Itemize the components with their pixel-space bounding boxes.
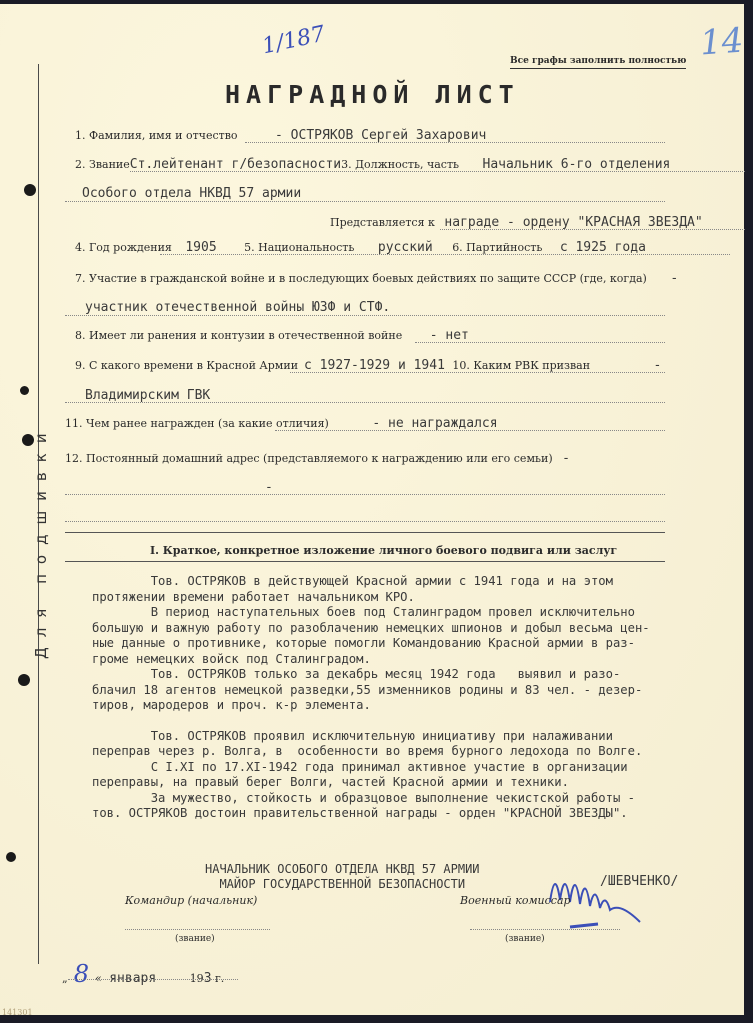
- field-label: 3. Должность, часть: [341, 158, 459, 171]
- section-divider: [65, 561, 665, 562]
- field-value: - ОСТРЯКОВ Сергей Захарович: [275, 128, 486, 143]
- field-label: 1. Фамилия, имя и отчество: [75, 129, 238, 142]
- narrative-line: За мужество, стойкость и образцовое выпо…: [92, 791, 752, 807]
- field-value: -: [654, 358, 662, 373]
- field-label: 6. Партийность: [452, 241, 542, 254]
- fill-line: [245, 142, 665, 143]
- field-label: 12. Постоянный домашний адрес (представл…: [65, 452, 553, 465]
- field-value: -: [670, 271, 678, 286]
- field-presented-for: Представляется к награде - ордену "КРАСН…: [330, 215, 703, 230]
- archive-number: 141301: [2, 1008, 33, 1017]
- field-label: Представляется к: [330, 216, 435, 229]
- field-draft-office: Владимирским ГВК: [85, 388, 210, 403]
- narrative-line: В период наступательных боев под Сталинг…: [92, 605, 752, 621]
- section-heading: I. Краткое, конкретное изложение личного…: [150, 544, 617, 557]
- page-title: НАГРАДНОЙ ЛИСТ: [225, 80, 520, 109]
- punch-hole-icon: [6, 852, 16, 862]
- field-value: русский: [378, 240, 433, 255]
- narrative-line: [92, 714, 752, 729]
- rank-caption: (звание): [505, 934, 545, 944]
- fill-line: [65, 201, 665, 202]
- narrative-line: громе немецких войск под Сталинградом.: [92, 652, 752, 668]
- punch-hole-icon: [24, 184, 36, 196]
- field-value: - не награждался: [372, 416, 497, 431]
- field-value: Владимирским ГВК: [85, 388, 210, 403]
- signer-rank: МАЙОР ГОСУДАРСТВЕННОЙ БЕЗОПАСНОСТИ: [219, 877, 465, 891]
- field-value: -: [562, 451, 570, 466]
- narrative-line: Тов. ОСТРЯКОВ проявил исключительную ини…: [92, 729, 752, 745]
- rank-line: [125, 929, 270, 930]
- fill-line: [440, 229, 745, 230]
- narrative-line: блачил 18 агентов немецкой разведки,55 и…: [92, 683, 752, 699]
- fill-line: [65, 494, 665, 495]
- narrative-line: большую и важную работу по разоблачению …: [92, 621, 752, 637]
- field-label: 7. Участие в гражданской войне и в после…: [75, 272, 647, 285]
- field-value: Особого отдела НКВД 57 армии: [82, 186, 301, 201]
- narrative-line: С I.XI по 17.XI-1942 года принимал актив…: [92, 760, 752, 776]
- section-divider: [65, 532, 665, 533]
- field-value: -: [265, 480, 273, 495]
- field-label: 2. Звание: [75, 158, 130, 171]
- fill-line: [275, 430, 665, 431]
- punch-hole-icon: [22, 434, 34, 446]
- signer-block: НАЧАЛЬНИК ОСОБОГО ОТДЕЛА НКВД 57 АРМИИ М…: [205, 862, 480, 892]
- field-civil-war: 7. Участие в гражданской войне и в после…: [75, 271, 678, 286]
- instruction-note: Все графы заполнить полностью: [510, 56, 686, 69]
- fill-line: [290, 372, 665, 373]
- rank-line: [470, 929, 620, 930]
- field-previous-awards: 11. Чем ранее награжден (за какие отличи…: [65, 416, 498, 431]
- field-civil-war-value: участник отечественной войны ЮЗФ и СТФ.: [85, 300, 390, 315]
- date-line: „8« января 193 г.: [62, 960, 224, 988]
- field-label: 5. Национальность: [244, 241, 354, 254]
- fill-line: [65, 521, 665, 522]
- narrative-line: ные данные о противнике, которые помогли…: [92, 636, 752, 652]
- corner-sheet-number: 14: [699, 21, 745, 64]
- merit-description: Тов. ОСТРЯКОВ в действующей Красной арми…: [92, 574, 752, 822]
- field-label: 9. С какого времени в Красной Армии: [75, 359, 298, 372]
- fill-line: [65, 315, 665, 316]
- field-label: 8. Имеет ли ранения и контузии в отечест…: [75, 329, 402, 342]
- field-value: награде - ордену "КРАСНАЯ ЗВЕЗДА": [444, 215, 702, 230]
- award-sheet: Для подшивки 1/187 14 Все графы заполнит…: [0, 4, 744, 1015]
- field-full-name: 1. Фамилия, имя и отчество - ОСТРЯКОВ Се…: [75, 128, 486, 143]
- field-value: 1905: [185, 240, 216, 255]
- field-service-since: 9. С какого времени в Красной Армиис 192…: [75, 358, 661, 373]
- field-rank-position: 2. ЗваниеСт.лейтенант г/безопасности3. Д…: [75, 157, 670, 172]
- narrative-line: протяжении времени работает начальником …: [92, 590, 752, 606]
- handwritten-reference: 1/187: [260, 22, 327, 60]
- field-value: Начальник 6-го отделения: [483, 157, 671, 172]
- commander-label: Командир (начальник): [125, 894, 257, 907]
- narrative-line: переправ через р. Волга, в особенности в…: [92, 744, 752, 760]
- fill-line: [160, 254, 730, 255]
- field-label: 4. Год рождения: [75, 241, 172, 254]
- punch-hole-icon: [20, 386, 29, 395]
- rank-caption: (звание): [175, 934, 215, 944]
- fill-line: [130, 171, 745, 172]
- narrative-line: переправы, на правый берег Волги, частей…: [92, 775, 752, 791]
- punch-hole-icon: [18, 674, 30, 686]
- fill-line: [65, 402, 665, 403]
- date-day: 8: [74, 960, 89, 988]
- commissar-label: Военный комиссар: [460, 894, 571, 907]
- narrative-line: Тов. ОСТРЯКОВ только за декабрь месяц 19…: [92, 667, 752, 683]
- field-position-continued: Особого отдела НКВД 57 армии: [82, 186, 301, 201]
- narrative-line: тиров, мародеров и проч. к-р элемента.: [92, 698, 752, 714]
- field-home-address: 12. Постоянный домашний адрес (представл…: [65, 451, 570, 466]
- field-value: участник отечественной войны ЮЗФ и СТФ.: [85, 300, 390, 315]
- field-value: с 1925 года: [560, 240, 646, 255]
- field-value: с 1927-1929 и 1941: [304, 358, 445, 373]
- field-label: 10. Каким РВК призван: [452, 359, 590, 372]
- fill-line: [415, 342, 665, 343]
- field-value: Ст.лейтенант г/безопасности: [130, 157, 341, 172]
- field-wounds: 8. Имеет ли ранения и контузии в отечест…: [75, 328, 469, 343]
- date-line-underline: [68, 979, 238, 980]
- narrative-line: Тов. ОСТРЯКОВ в действующей Красной арми…: [92, 574, 752, 590]
- field-home-address-value: -: [265, 480, 273, 495]
- field-birth-nationality-party: 4. Год рождения 1905 5. Национальность р…: [75, 240, 646, 255]
- field-value: - нет: [430, 328, 469, 343]
- field-label: 11. Чем ранее награжден (за какие отличи…: [65, 417, 329, 430]
- binding-label: Для подшивки: [32, 423, 50, 659]
- narrative-line: тов. ОСТРЯКОВ достоин правительственной …: [92, 806, 752, 822]
- signer-title: НАЧАЛЬНИК ОСОБОГО ОТДЕЛА НКВД 57 АРМИИ: [205, 862, 480, 876]
